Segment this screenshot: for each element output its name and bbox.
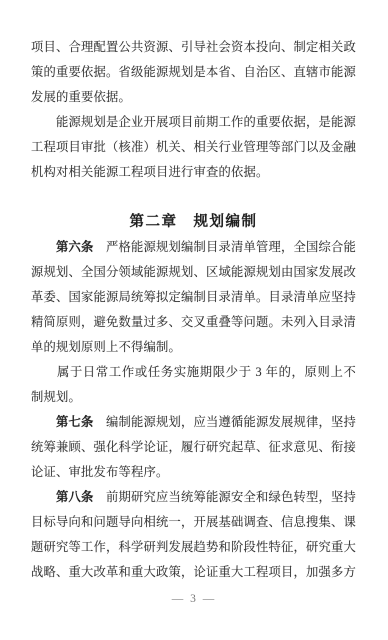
text-line: 发展的重要依据。: [31, 85, 356, 110]
text-segment: 属于日常工作或任务实施期限少于 3 年的，原则上不编: [31, 365, 356, 385]
text-segment: 发展的重要依据。: [31, 90, 131, 104]
text-segment: [31, 490, 56, 504]
paragraph: 项目、合理配置公共资源、引导社会资本投向、制定相关政策的重要依据。省级能源规划是…: [31, 35, 356, 110]
text-line: 论证、审批发布等程序。: [31, 460, 356, 485]
paragraph: 属于日常工作或任务实施期限少于 3 年的，原则上不编制规划。: [31, 360, 356, 410]
page-number: — 3 —: [0, 593, 388, 605]
text-line: 源规划、全国分领域能源规划、区域能源规划由国家发展改: [31, 260, 356, 285]
paragraph: 第八条 前期研究应当统筹能源安全和绿色转型，坚持目标导向和问题导向相统一，开展基…: [31, 485, 356, 585]
text-line: 机构对相关能源工程项目进行审查的依据。: [31, 160, 356, 185]
text-segment: 精简原则，避免数量过多、交叉重叠等问题。未列入目录清: [31, 315, 356, 329]
text-line: 革委、国家能源局统筹拟定编制目录清单。目录清单应坚持: [31, 285, 356, 310]
text-line: 策的重要依据。省级能源规划是本省、自治区、直辖市能源: [31, 60, 356, 85]
document-body: 项目、合理配置公共资源、引导社会资本投向、制定相关政策的重要依据。省级能源规划是…: [31, 35, 356, 585]
text-segment: 策的重要依据。省级能源规划是本省、自治区、直辖市能源: [31, 65, 356, 79]
chapter-heading: 第二章 规划编制: [31, 210, 356, 235]
text-segment: 项目、合理配置公共资源、引导社会资本投向、制定相关政: [31, 40, 356, 54]
text-line: 第七条 编制能源规划，应当遵循能源发展规律，坚持: [31, 410, 356, 435]
text-line: 项目、合理配置公共资源、引导社会资本投向、制定相关政: [31, 35, 356, 60]
text-segment: 革委、国家能源局统筹拟定编制目录清单。目录清单应坚持: [31, 290, 356, 304]
text-segment: 制规划。: [31, 390, 81, 404]
text-line: 能源规划是企业开展项目前期工作的重要依据，是能源: [31, 110, 356, 135]
text-segment: 能源规划是企业开展项目前期工作的重要依据，是能源: [31, 115, 356, 129]
text-line: 制规划。: [31, 385, 356, 410]
paragraph: 能源规划是企业开展项目前期工作的重要依据，是能源工程项目审批（核准）机关、相关行…: [31, 110, 356, 185]
text-segment: 题研究等工作，科学研判发展趋势和阶段性特征，研究重大: [31, 540, 356, 554]
text-segment: 编制能源规划，应当遵循能源发展规律，坚持: [94, 415, 357, 429]
text-line: 工程项目审批（核准）机关、相关行业管理等部门以及金融: [31, 135, 356, 160]
text-segment: 机构对相关能源工程项目进行审查的依据。: [31, 165, 268, 179]
article-number-lead: 第六条: [56, 240, 94, 254]
text-segment: 论证、审批发布等程序。: [31, 465, 168, 479]
text-line: 战略、重大改革和重大政策，论证重大工程项目，加强多方: [31, 560, 356, 585]
text-line: 目标导向和问题导向相统一，开展基础调查、信息搜集、课: [31, 510, 356, 535]
text-segment: 战略、重大改革和重大政策，论证重大工程项目，加强多方: [31, 565, 356, 579]
text-segment: 单的规划原则上不得编制。: [31, 340, 181, 354]
text-segment: 源规划、全国分领域能源规划、区域能源规划由国家发展改: [31, 265, 356, 279]
text-segment: 统筹兼顾、强化科学论证，履行研究起草、征求意见、衔接: [31, 440, 356, 454]
text-segment: 前期研究应当统筹能源安全和绿色转型，坚持: [94, 490, 357, 504]
text-line: 第八条 前期研究应当统筹能源安全和绿色转型，坚持: [31, 485, 356, 510]
text-line: 题研究等工作，科学研判发展趋势和阶段性特征，研究重大: [31, 535, 356, 560]
text-segment: [31, 240, 56, 254]
text-line: 统筹兼顾、强化科学论证，履行研究起草、征求意见、衔接: [31, 435, 356, 460]
text-line: 第六条 严格能源规划编制目录清单管理，全国综合能: [31, 235, 356, 260]
paragraph: 第六条 严格能源规划编制目录清单管理，全国综合能源规划、全国分领域能源规划、区域…: [31, 235, 356, 360]
text-segment: 目标导向和问题导向相统一，开展基础调查、信息搜集、课: [31, 515, 356, 529]
text-segment: 严格能源规划编制目录清单管理，全国综合能: [94, 240, 357, 254]
document-page: 项目、合理配置公共资源、引导社会资本投向、制定相关政策的重要依据。省级能源规划是…: [0, 0, 388, 640]
text-segment: 工程项目审批（核准）机关、相关行业管理等部门以及金融: [31, 140, 356, 154]
text-segment: [31, 415, 56, 429]
paragraph: 第七条 编制能源规划，应当遵循能源发展规律，坚持统筹兼顾、强化科学论证，履行研究…: [31, 410, 356, 485]
text-line: 属于日常工作或任务实施期限少于 3 年的，原则上不编: [31, 360, 356, 385]
article-number-lead: 第八条: [56, 490, 94, 504]
text-line: 精简原则，避免数量过多、交叉重叠等问题。未列入目录清: [31, 310, 356, 335]
text-line: 单的规划原则上不得编制。: [31, 335, 356, 360]
article-number-lead: 第七条: [56, 415, 94, 429]
